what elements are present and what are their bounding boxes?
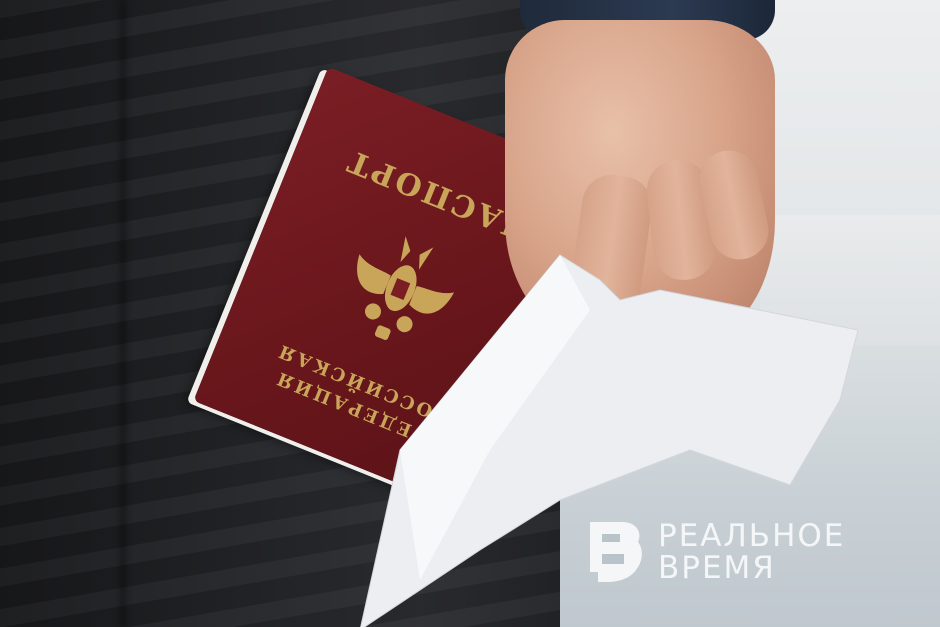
watermark-line2: ВРЕМЯ	[658, 552, 845, 584]
trouser-fold	[120, 0, 126, 627]
realnoe-vremya-logo-icon	[588, 520, 644, 584]
watermark: РЕАЛЬНОЕ ВРЕМЯ	[588, 520, 845, 584]
photo: ПАСПОРТ РОССИЙСКАЯ ФЕДЕРАЦИЯ	[0, 0, 940, 627]
watermark-line1: РЕАЛЬНОЕ	[658, 520, 845, 552]
